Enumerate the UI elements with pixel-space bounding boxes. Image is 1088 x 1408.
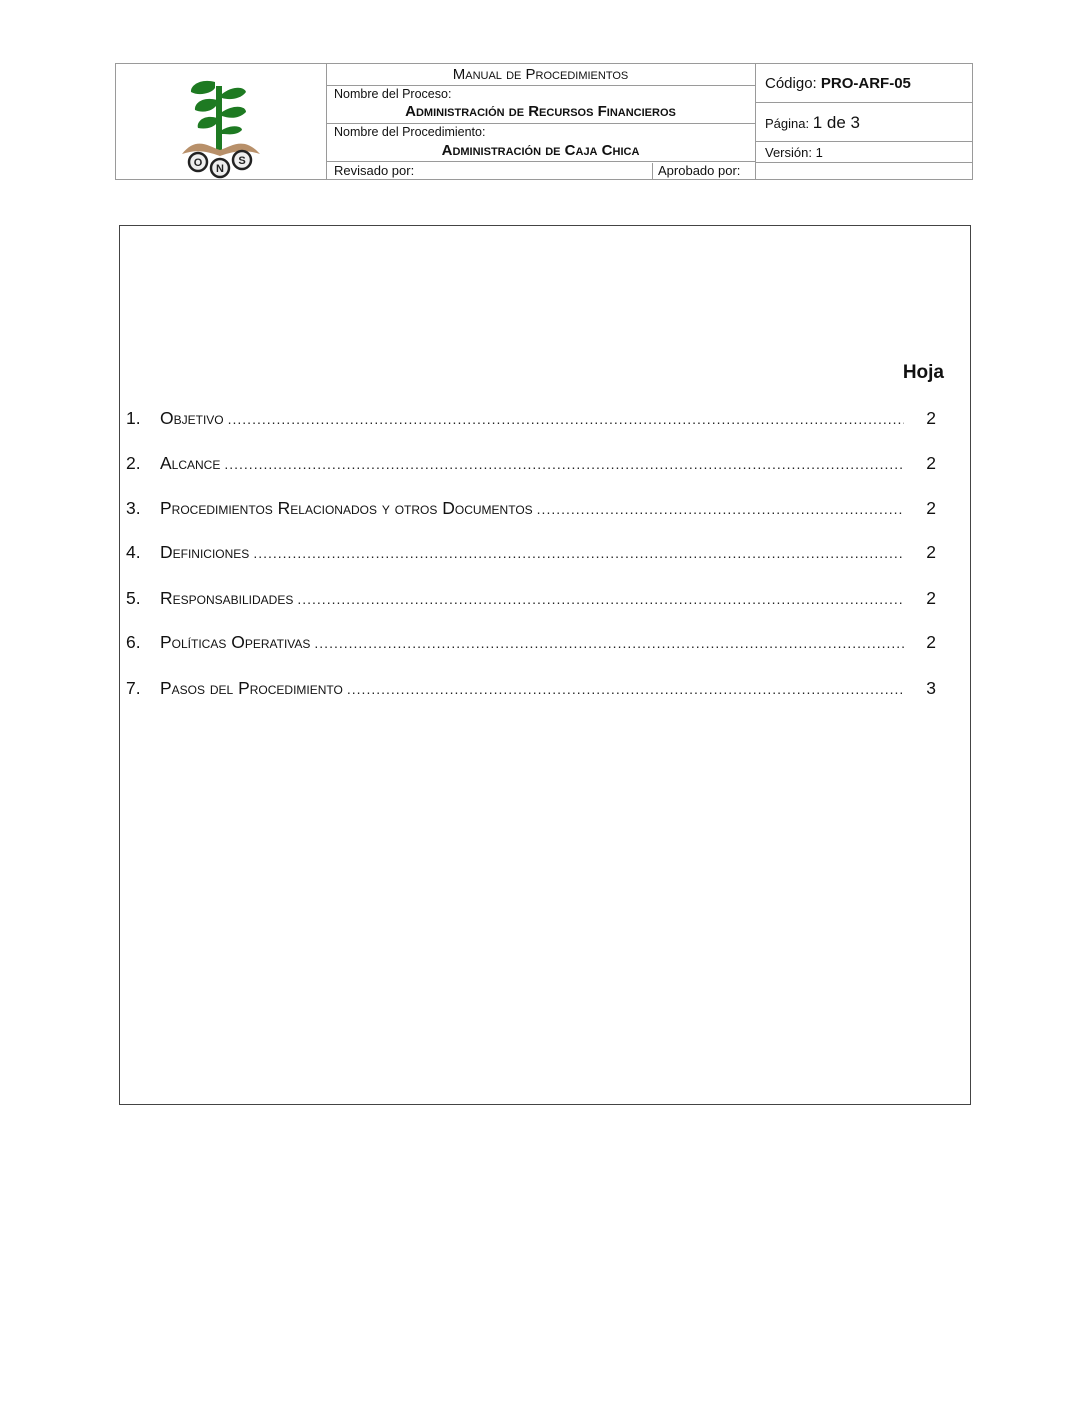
version-field: Versión: 1 — [755, 142, 972, 163]
svg-text:O: O — [194, 157, 203, 169]
table-of-contents: Hoja 1.Objetivo22.Alcance23.Procedimient… — [119, 225, 971, 1105]
code-field: Código: PRO-ARF-05 — [755, 64, 972, 103]
toc-entry-number: 4. — [126, 542, 160, 563]
toc-dot-leader — [253, 545, 904, 561]
toc-entry-label: Responsabilidades — [160, 588, 297, 609]
toc-dot-leader — [224, 456, 904, 472]
process-label: Nombre del Proceso: — [326, 87, 755, 101]
toc-entry[interactable]: 4.Definiciones2 — [126, 542, 936, 566]
toc-dot-leader — [297, 591, 904, 607]
toc-entry-label: Políticas Operativas — [160, 632, 314, 653]
header-right: Código: PRO-ARF-05 Página: 1 de 3 Versió… — [755, 64, 972, 179]
toc-entry-label: Objetivo — [160, 408, 228, 429]
plant-logo-icon: O N S — [116, 64, 326, 179]
procedure-name: Administración de Caja Chica — [326, 140, 755, 162]
toc-dot-leader — [314, 635, 904, 651]
page-label: Página: — [765, 116, 809, 131]
signature-divider — [652, 163, 653, 179]
toc-entry[interactable]: 3.Procedimientos Relacionados y otros Do… — [126, 498, 936, 522]
toc-dot-leader — [347, 681, 904, 697]
toc-entry-page: 2 — [904, 408, 936, 429]
toc-dot-leader — [228, 411, 904, 427]
code-label: Código: — [765, 75, 817, 92]
approved-by-label: Aprobado por: — [658, 163, 740, 179]
toc-entry-label: Definiciones — [160, 542, 253, 563]
toc-entry-number: 3. — [126, 498, 160, 519]
procedure-label: Nombre del Procedimiento: — [326, 125, 755, 139]
page-value: 1 de 3 — [813, 113, 860, 132]
toc-entry[interactable]: 2.Alcance2 — [126, 453, 936, 477]
reviewed-by-label: Revisado por: — [334, 163, 414, 179]
toc-entry-label: Alcance — [160, 453, 224, 474]
toc-entry[interactable]: 7.Pasos del Procedimiento3 — [126, 678, 936, 702]
signature-row: Revisado por: Aprobado por: — [326, 163, 755, 179]
toc-entry-page: 2 — [904, 498, 936, 519]
toc-entry-page: 2 — [904, 453, 936, 474]
toc-entry-page: 2 — [904, 542, 936, 563]
toc-entry[interactable]: 1.Objetivo2 — [126, 408, 936, 432]
process-name: Administración de Recursos Financieros — [326, 102, 755, 124]
toc-entry-number: 5. — [126, 588, 160, 609]
document-header: O N S Manual de Procedimientos Nombre de… — [115, 63, 973, 180]
toc-entry-number: 7. — [126, 678, 160, 699]
page-field: Página: 1 de 3 — [755, 103, 972, 142]
toc-dot-leader — [537, 501, 904, 517]
svg-text:S: S — [238, 155, 245, 167]
toc-entry[interactable]: 5.Responsabilidades2 — [126, 588, 936, 612]
blank-cell — [755, 163, 972, 179]
svg-text:N: N — [216, 163, 224, 175]
toc-entry-label: Pasos del Procedimiento — [160, 678, 347, 699]
toc-page-column-header: Hoja — [903, 362, 944, 384]
logo-cell: O N S — [116, 64, 327, 179]
toc-entry-page: 2 — [904, 632, 936, 653]
manual-title: Manual de Procedimientos — [326, 64, 755, 86]
toc-entry-number: 1. — [126, 408, 160, 429]
toc-entry[interactable]: 6.Políticas Operativas2 — [126, 632, 936, 656]
toc-entry-page: 2 — [904, 588, 936, 609]
code-value: PRO-ARF-05 — [821, 75, 911, 92]
version-value: 1 — [816, 145, 823, 160]
version-label: Versión: — [765, 145, 812, 160]
toc-entry-number: 2. — [126, 453, 160, 474]
toc-entry-page: 3 — [904, 678, 936, 699]
toc-entry-label: Procedimientos Relacionados y otros Docu… — [160, 498, 537, 519]
header-middle: Manual de Procedimientos Nombre del Proc… — [326, 64, 756, 179]
toc-entry-number: 6. — [126, 632, 160, 653]
